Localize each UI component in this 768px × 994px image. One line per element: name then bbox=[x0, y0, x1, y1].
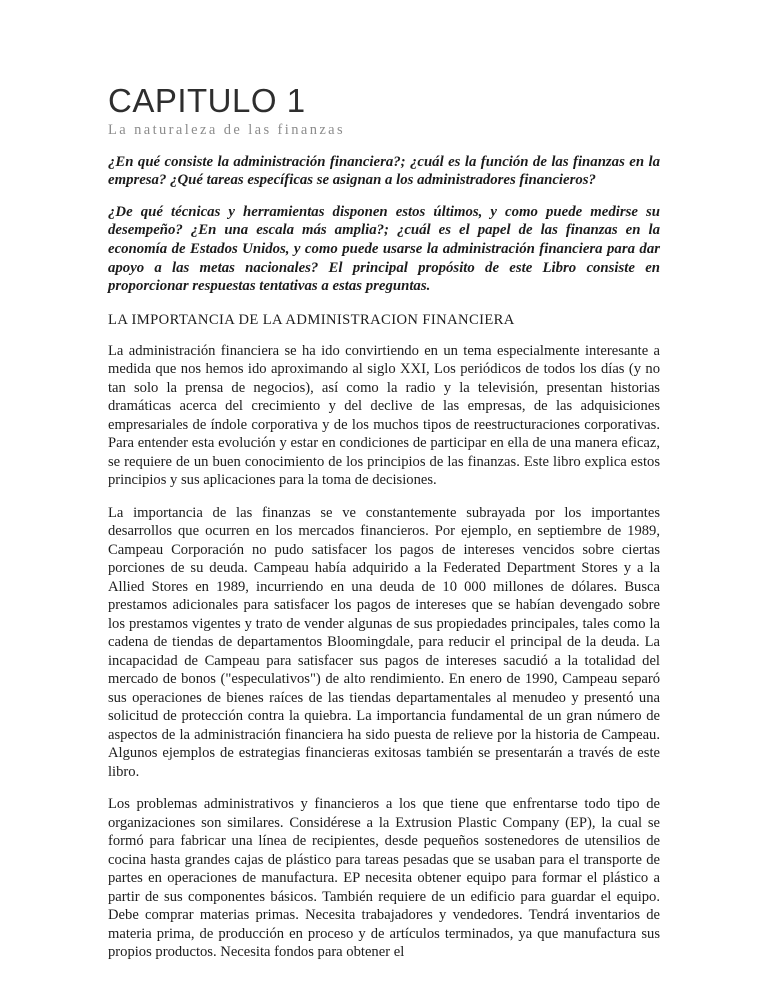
body-paragraph: La administración financiera se ha ido c… bbox=[108, 342, 660, 490]
body-paragraph: Los problemas administrativos y financie… bbox=[108, 795, 660, 962]
chapter-title: CAPITULO 1 bbox=[108, 84, 660, 119]
intro-paragraph: ¿De qué técnicas y herramientas disponen… bbox=[108, 203, 660, 296]
intro-paragraph: ¿En qué consiste la administración finan… bbox=[108, 153, 660, 190]
chapter-subtitle: La naturaleza de las finanzas bbox=[108, 122, 660, 139]
section-heading: LA IMPORTANCIA DE LA ADMINISTRACION FINA… bbox=[108, 312, 660, 329]
body-paragraph: La importancia de las finanzas se ve con… bbox=[108, 504, 660, 782]
document-page: CAPITULO 1 La naturaleza de las finanzas… bbox=[0, 0, 768, 994]
